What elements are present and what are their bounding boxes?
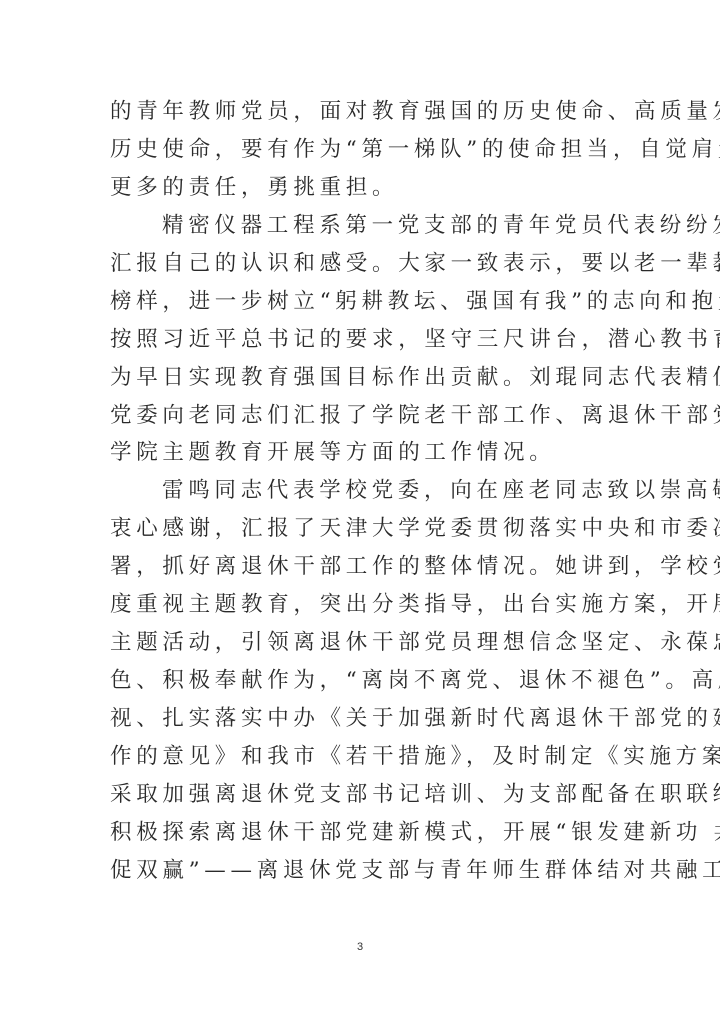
text-line: 党委向老同志们汇报了学院老干部工作、离退休干部党员和 bbox=[110, 397, 610, 435]
paragraph-1: 的青年教师党员，面对教育强国的历史使命、高质量发展的 历史使命，要有作为“第一梯… bbox=[110, 93, 610, 207]
text-line: 衷心感谢，汇报了天津大学党委贯彻落实中央和市委决策部 bbox=[110, 510, 610, 548]
text-line: 历史使命，要有作为“第一梯队”的使命担当，自觉肩负起 bbox=[110, 131, 610, 169]
text-line: 积极探索离退休干部党建新模式，开展“银发建新功 共融 bbox=[110, 814, 610, 852]
paragraph-2: 精密仪器工程系第一党支部的青年党员代表纷纷发言， 汇报自己的认识和感受。大家一致… bbox=[110, 207, 610, 473]
text-line: 汇报自己的认识和感受。大家一致表示，要以老一辈教师为 bbox=[110, 245, 610, 283]
text-line: 促双赢”——离退休党支部与青年师生群体结对共融工作， bbox=[110, 852, 610, 890]
document-page: 的青年教师党员，面对教育强国的历史使命、高质量发展的 历史使命，要有作为“第一梯… bbox=[0, 0, 720, 1018]
text-line: 榜样，进一步树立“躬耕教坛、强国有我”的志向和抱负， bbox=[110, 283, 610, 321]
text-line: 为早日实现教育强国目标作出贡献。刘琨同志代表精仪学院 bbox=[110, 359, 610, 397]
page-number: 3 bbox=[350, 941, 370, 953]
document-body: 的青年教师党员，面对教育强国的历史使命、高质量发展的 历史使命，要有作为“第一梯… bbox=[110, 93, 610, 890]
text-line: 主题活动，引领离退休干部党员理想信念坚定、永葆忠诚本 bbox=[110, 624, 610, 662]
text-line: 学院主题教育开展等方面的工作情况。 bbox=[110, 434, 610, 472]
text-line: 采取加强离退休党支部书记培训、为支部配备在职联络员， bbox=[110, 776, 610, 814]
text-line: 按照习近平总书记的要求，坚守三尺讲台，潜心教书育人， bbox=[110, 321, 610, 359]
text-line: 的青年教师党员，面对教育强国的历史使命、高质量发展的 bbox=[110, 93, 610, 131]
text-line: 作的意见》和我市《若干措施》，及时制定《实施方案》， bbox=[110, 738, 610, 776]
text-line: 更多的责任，勇挑重担。 bbox=[110, 169, 610, 207]
text-line: 精密仪器工程系第一党支部的青年党员代表纷纷发言， bbox=[110, 207, 610, 245]
paragraph-3: 雷鸣同志代表学校党委，向在座老同志致以崇高敬意和 衷心感谢，汇报了天津大学党委贯… bbox=[110, 472, 610, 889]
text-line: 度重视主题教育，突出分类指导，出台实施方案，开展系列 bbox=[110, 586, 610, 624]
text-line: 雷鸣同志代表学校党委，向在座老同志致以崇高敬意和 bbox=[110, 472, 610, 510]
text-line: 视、扎实落实中办《关于加强新时代离退休干部党的建设工 bbox=[110, 700, 610, 738]
text-line: 署，抓好离退休干部工作的整体情况。她讲到，学校党委高 bbox=[110, 548, 610, 586]
text-line: 色、积极奉献作为，“离岗不离党、退休不褪色”。高度重 bbox=[110, 662, 610, 700]
